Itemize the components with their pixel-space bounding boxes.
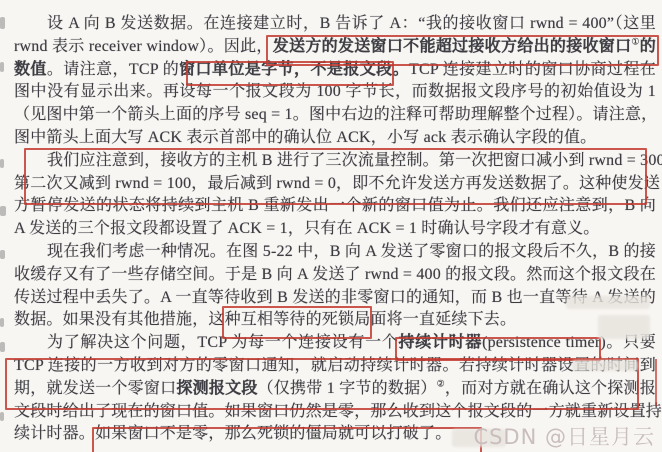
text-line: A 发送的三个报文段都设置了 ACK = 1，只有在 ACK = 1 时确认号字… [14, 218, 656, 241]
text-line: 第二次又减到 rwnd = 100，最后减到 rwnd = 0，即不允许发送方再… [14, 173, 656, 196]
text-line: rwnd 表示 receiver window）。因此，发送方的发送窗口不能超过… [14, 36, 656, 59]
text-line: 文段时给出了现在的窗口值。如果窗口仍然是零，那么收到这个报文段的一方就重新设置持 [14, 401, 656, 424]
text-line: 收缓存又有了一些存储空间。于是 B 向 A 发送了 rwnd = 400 的报文… [14, 264, 656, 287]
watermark: CSDN @日星月云 [473, 421, 655, 451]
text-line: 数值。请注意，TCP 的窗口单位是字节，不是报文段。TCP 连接建立时的窗口协商… [14, 59, 656, 82]
text-line: 期，就发送一个零窗口探测报文段（仅携带 1 字节的数据）②，而对方就在确认这个探… [14, 378, 656, 401]
text-line: 我们应注意到，接收方的主机 B 进行了三次流量控制。第一次把窗口减小到 rwnd… [14, 150, 656, 173]
scanned-textbook-page: 设 A 向 B 发送数据。在连接建立时，B 告诉了 A：“我的接收窗口 rwnd… [0, 0, 662, 452]
text-line: 设 A 向 B 发送数据。在连接建立时，B 告诉了 A：“我的接收窗口 rwnd… [14, 13, 656, 36]
text-line: 图中没有显示出来。再设每一个报文段为 100 字节长，而数据报文段序号的初始值设… [14, 81, 656, 104]
text-line: 图中箭头上面大写 ACK 表示首部中的确认位 ACK，小写 ack 表示确认字段… [14, 127, 656, 150]
text-line: 为了解决这个问题，TCP 为每一个连接设有一个持续计时器(persistence… [14, 332, 656, 355]
text-line: 数据。如果没有其他措施，这种互相等待的死锁局面将一直延续下去。 [14, 309, 656, 332]
text-line: 传送过程中丢失了。A 一直等待收到 B 发送的非零窗口的通知，而 B 也一直等待… [14, 287, 656, 310]
text-line: TCP 连接的一方收到对方的零窗口通知，就启动持续计时器。若持续计时器设置的时间… [14, 355, 656, 378]
text-line: （见图中第一个箭头上面的序号 seq = 1。图中右边的注释可帮助理解整个过程）… [14, 104, 656, 127]
text-line: 现在我们考虑一种情况。在图 5-22 中，B 向 A 发送了零窗口的报文段后不久… [14, 241, 656, 264]
text-layer: 设 A 向 B 发送数据。在连接建立时，B 告诉了 A：“我的接收窗口 rwnd… [0, 0, 662, 446]
text-line: 方暂停发送的状态将持续到主机 B 重新发出一个新的窗口值为止。我们还应注意到，B… [14, 195, 656, 218]
